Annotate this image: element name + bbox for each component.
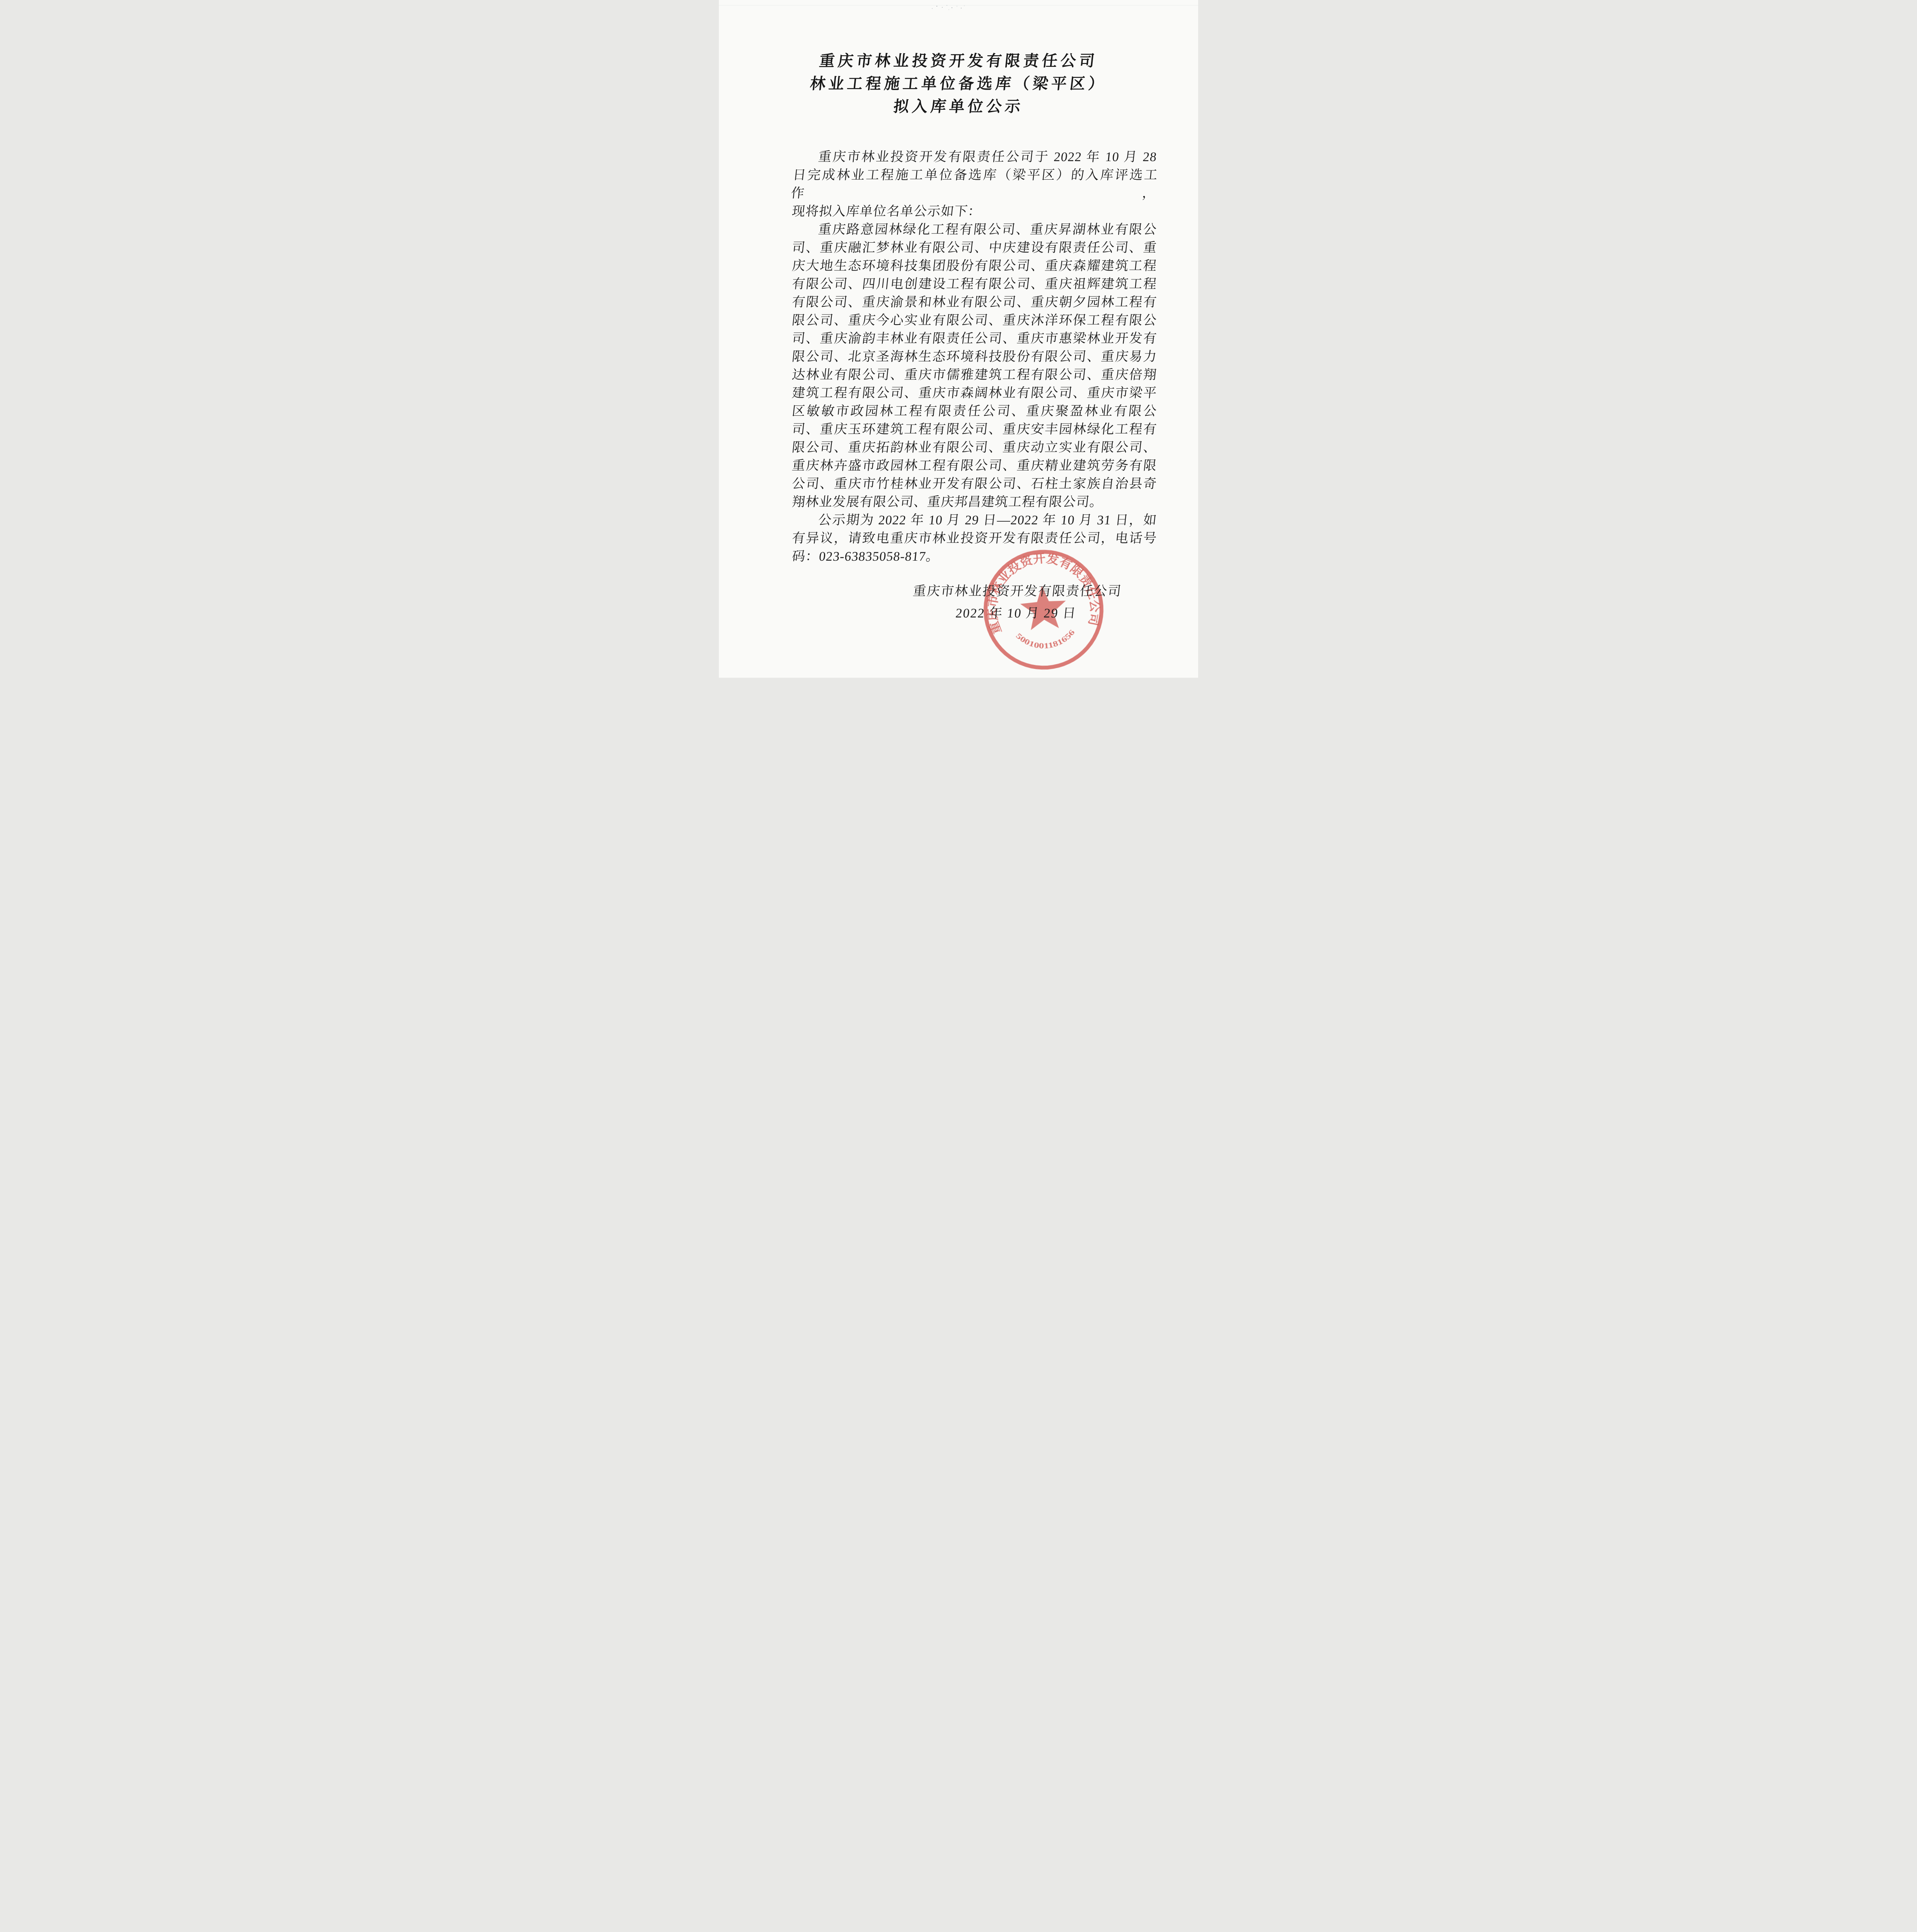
body-text-line: 司、重庆融汇梦林业有限公司、中庆建设有限责任公司、重 (791, 239, 1158, 257)
signature-company: 重庆市林业投资开发有限责任公司 (791, 582, 1158, 600)
body-text-line: 码：023-63835058-817。 (791, 548, 1158, 566)
document-page: 重庆市林业投资开发有限责任公司林业工程施工单位备选库（梁平区）拟入库单位公示 重… (719, 0, 1198, 678)
body-text-line: 区敏敏市政园林工程有限责任公司、重庆聚盈林业有限公 (791, 402, 1158, 420)
title-line: 林业工程施工单位备选库（梁平区） (719, 72, 1198, 95)
body-text-line: 庆大地生态环境科技集团股份有限公司、重庆森耀建筑工程 (791, 257, 1158, 275)
body-text-line: 司、重庆渝韵丰林业有限责任公司、重庆市惠梁林业开发有 (791, 330, 1158, 348)
title-line: 重庆市林业投资开发有限责任公司 (719, 49, 1198, 72)
body-text-line: 建筑工程有限公司、重庆市森阔林业有限公司、重庆市梁平 (791, 384, 1158, 402)
body-text-line: 日完成林业工程施工单位备选库（梁平区）的入库评选工作， (790, 166, 1159, 202)
signature-date: 2022 年 10 月 29 日 (791, 604, 1158, 622)
title-line: 拟入库单位公示 (719, 95, 1198, 118)
body-text-line: 有异议，请致电重庆市林业投资开发有限责任公司，电话号 (791, 529, 1158, 548)
document-title: 重庆市林业投资开发有限责任公司林业工程施工单位备选库（梁平区）拟入库单位公示 (719, 49, 1198, 118)
scan-artifact-line (719, 5, 1198, 5)
body-text-line: 限公司、重庆今心实业有限公司、重庆沐洋环保工程有限公 (791, 311, 1158, 330)
body-text-line: 司、重庆玉环建筑工程有限公司、重庆安丰园林绿化工程有 (791, 420, 1158, 439)
body-text-line: 翔林业发展有限公司、重庆邦昌建筑工程有限公司。 (791, 493, 1158, 511)
body-text-line: 有限公司、重庆渝景和林业有限公司、重庆朝夕园林工程有 (791, 293, 1158, 311)
body-text-line: 重庆市林业投资开发有限责任公司于 2022 年 10 月 28 (791, 148, 1158, 166)
body-text-line: 重庆路意园林绿化工程有限公司、重庆昇湖林业有限公 (791, 221, 1158, 239)
body-text-line: 有限公司、四川电创建设工程有限公司、重庆祖辉建筑工程 (791, 275, 1158, 293)
body-text-line: 达林业有限公司、重庆市儒雅建筑工程有限公司、重庆倍翔 (791, 366, 1158, 384)
body-text-line: 公示期为 2022 年 10 月 29 日—2022 年 10 月 31 日，如 (791, 511, 1158, 529)
seal-code-text: 5001001181656 (1014, 628, 1078, 652)
document-body: 重庆市林业投资开发有限责任公司于 2022 年 10 月 28日完成林业工程施工… (792, 148, 1157, 566)
body-text-line: 公司、重庆市竹桂林业开发有限公司、石柱土家族自治县奇 (791, 475, 1158, 493)
body-text-line: 限公司、北京圣海林生态环境科技股份有限公司、重庆易力 (791, 348, 1158, 366)
body-text-line: 限公司、重庆拓韵林业有限公司、重庆动立实业有限公司、 (791, 439, 1158, 457)
body-text-line: 现将拟入库单位名单公示如下： (791, 202, 1158, 221)
signature-block: 重庆市林业投资开发有限责任公司 2022 年 10 月 29 日 (792, 582, 1157, 622)
scan-noise-specks (936, 6, 937, 7)
body-text-line: 重庆林卉盛市政园林工程有限公司、重庆精业建筑劳务有限 (791, 457, 1158, 475)
